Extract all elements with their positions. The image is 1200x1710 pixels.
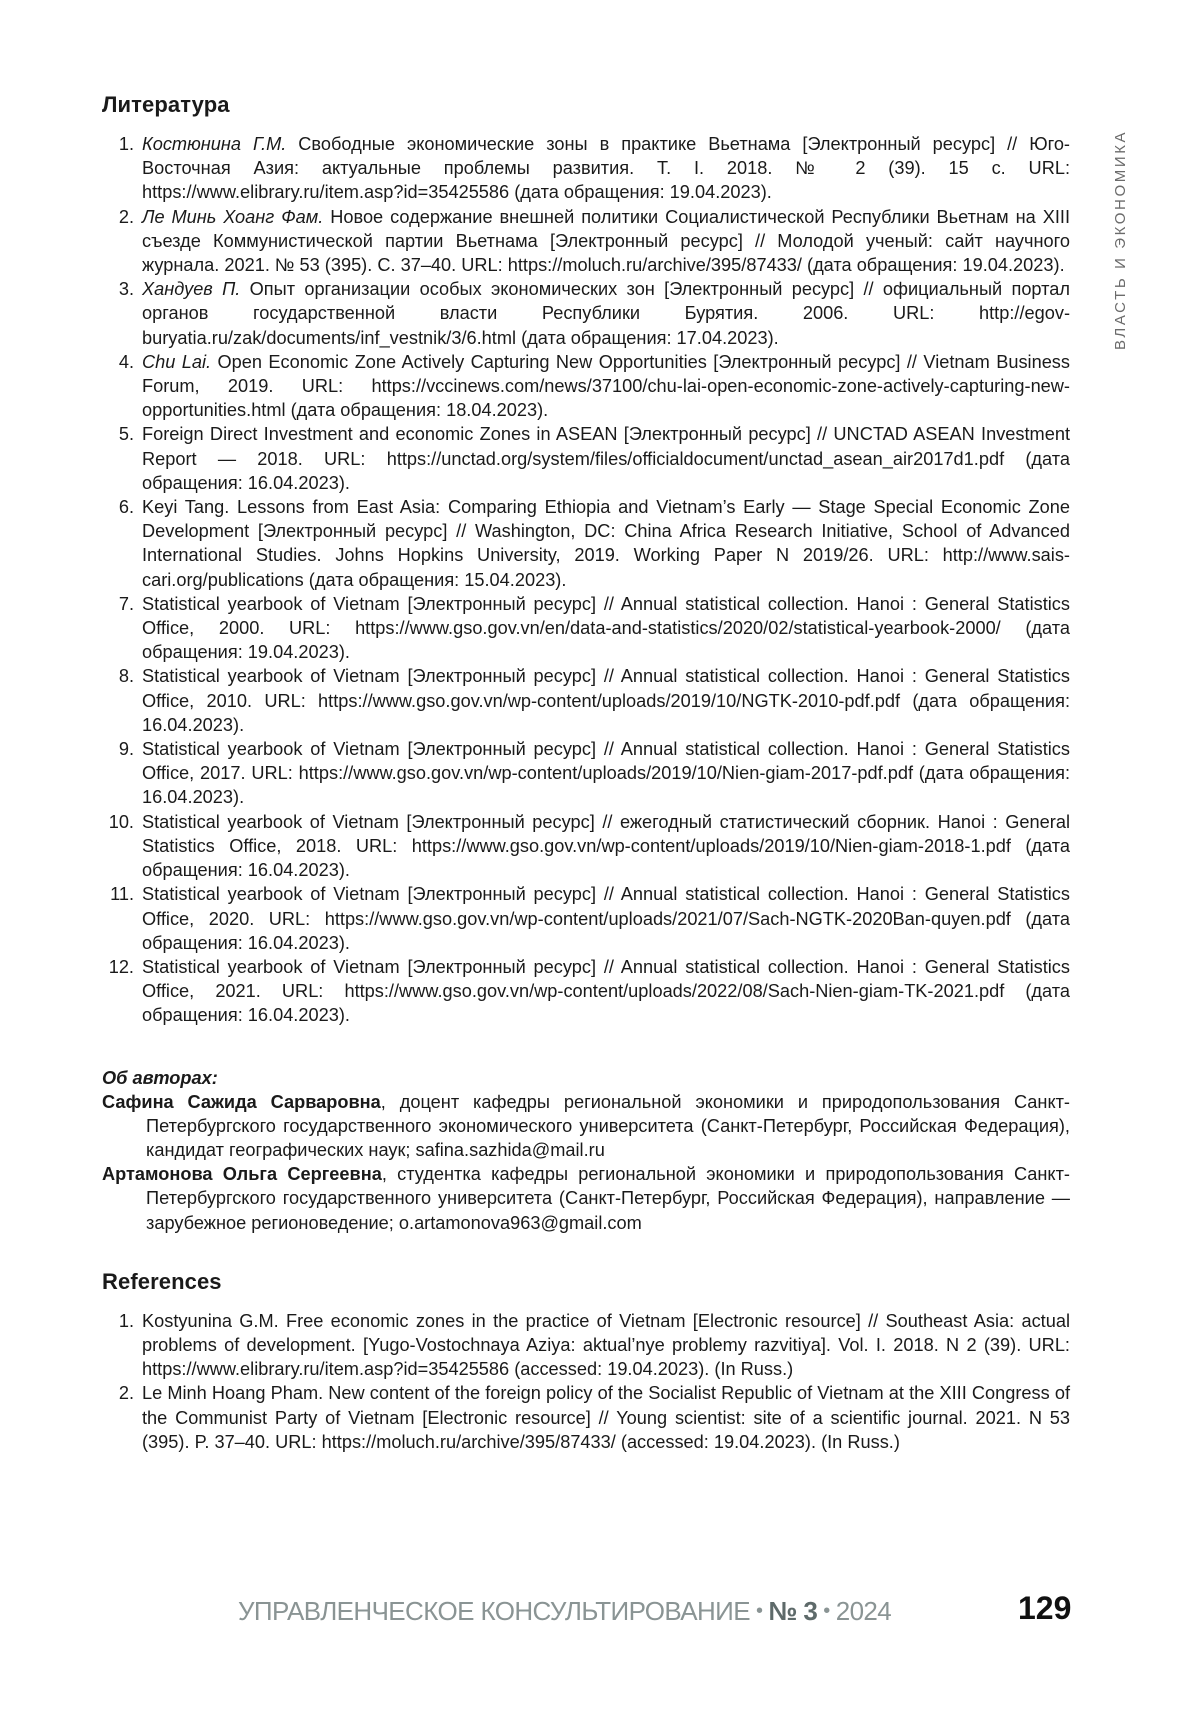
journal-name: УПРАВЛЕНЧЕСКОЕ КОНСУЛЬТИРОВАНИЕ [238,1596,750,1626]
reference-author: Костюнина Г.М. [142,134,286,154]
reference-item: 12.Statistical yearbook of Vietnam [Элек… [102,955,1070,1028]
reference-number: 6. [102,495,134,519]
reference-item: 5.Foreign Direct Investment and economic… [102,422,1070,495]
section-side-label-text: ВЛАСТЬ И ЭКОНОМИКА [1112,130,1129,350]
reference-text: Keyi Tang. Lessons from East Asia: Compa… [142,497,1070,590]
reference-item: 11.Statistical yearbook of Vietnam [Элек… [102,882,1070,955]
reference-number: 5. [102,422,134,446]
reference-number: 2. [102,1381,134,1405]
references-section: References 1.Kostyunina G.M. Free econom… [102,1269,1070,1454]
references-title: References [102,1269,1070,1295]
reference-number: 2. [102,205,134,229]
reference-item: 3.Хандуев П. Опыт организации особых эко… [102,277,1070,350]
reference-number: 11. [102,882,134,906]
issue-year: 2024 [836,1596,891,1626]
reference-item: 7.Statistical yearbook of Vietnam [Элект… [102,592,1070,665]
reference-text: Foreign Direct Investment and economic Z… [142,424,1070,492]
reference-item: 2.Ле Минь Хоанг Фам. Новое содержание вн… [102,205,1070,278]
authors-section: Об авторах: Сафина Сажида Сарваровна, до… [102,1066,1070,1235]
reference-number: 12. [102,955,134,979]
literature-list: 1.Костюнина Г.М. Свободные экономические… [102,132,1070,1028]
reference-author: Хандуев П. [142,279,240,299]
references-list: 1.Kostyunina G.M. Free economic zones in… [102,1309,1070,1454]
journal-footer: УПРАВЛЕНЧЕСКОЕ КОНСУЛЬТИРОВАНИЕ•№ 3•2024 [238,1596,891,1627]
author-name: Артамонова Ольга Сергеевна [102,1164,382,1184]
page-number: 129 [1018,1590,1071,1627]
reference-text: Le Minh Hoang Pham. New content of the f… [142,1383,1070,1451]
reference-item: 1.Костюнина Г.М. Свободные экономические… [102,132,1070,205]
reference-item: 2.Le Minh Hoang Pham. New content of the… [102,1381,1070,1454]
section-side-label: ВЛАСТЬ И ЭКОНОМИКА [1112,100,1136,350]
reference-item: 8.Statistical yearbook of Vietnam [Элект… [102,664,1070,737]
reference-number: 8. [102,664,134,688]
reference-item: 1.Kostyunina G.M. Free economic zones in… [102,1309,1070,1382]
reference-item: 9.Statistical yearbook of Vietnam [Элект… [102,737,1070,810]
reference-author: Ле Минь Хоанг Фам. [142,207,323,227]
reference-text: Statistical yearbook of Vietnam [Электро… [142,812,1070,880]
reference-number: 3. [102,277,134,301]
author-entry: Сафина Сажида Сарваровна, доцент кафедры… [102,1090,1070,1163]
author-name: Сафина Сажида Сарваровна [102,1092,381,1112]
reference-text: Statistical yearbook of Vietnam [Электро… [142,739,1070,807]
reference-item: 4.Chu Lai. Open Economic Zone Actively C… [102,350,1070,423]
separator-dot: • [756,1600,762,1623]
issue-number: № 3 [768,1596,817,1626]
page-content: Литература 1.Костюнина Г.М. Свободные эк… [102,92,1070,1454]
reference-item: 10.Statistical yearbook of Vietnam [Элек… [102,810,1070,883]
literature-title: Литература [102,92,1070,118]
reference-number: 10. [102,810,134,834]
authors-heading: Об авторах: [102,1066,1070,1090]
reference-text: Open Economic Zone Actively Capturing Ne… [142,352,1070,420]
reference-text: Statistical yearbook of Vietnam [Электро… [142,594,1070,662]
reference-number: 4. [102,350,134,374]
reference-number: 9. [102,737,134,761]
separator-dot: • [823,1600,829,1623]
reference-text: Опыт организации особых экономических зо… [142,279,1070,347]
reference-text: Statistical yearbook of Vietnam [Электро… [142,666,1070,734]
reference-text: Statistical yearbook of Vietnam [Электро… [142,884,1070,952]
literature-section: Литература 1.Костюнина Г.М. Свободные эк… [102,92,1070,1028]
reference-number: 1. [102,132,134,156]
reference-number: 1. [102,1309,134,1333]
reference-text: Kostyunina G.M. Free economic zones in t… [142,1311,1070,1379]
author-entry: Артамонова Ольга Сергеевна, студентка ка… [102,1162,1070,1235]
reference-number: 7. [102,592,134,616]
reference-item: 6.Keyi Tang. Lessons from East Asia: Com… [102,495,1070,592]
reference-text: Statistical yearbook of Vietnam [Электро… [142,957,1070,1025]
reference-author: Chu Lai. [142,352,211,372]
